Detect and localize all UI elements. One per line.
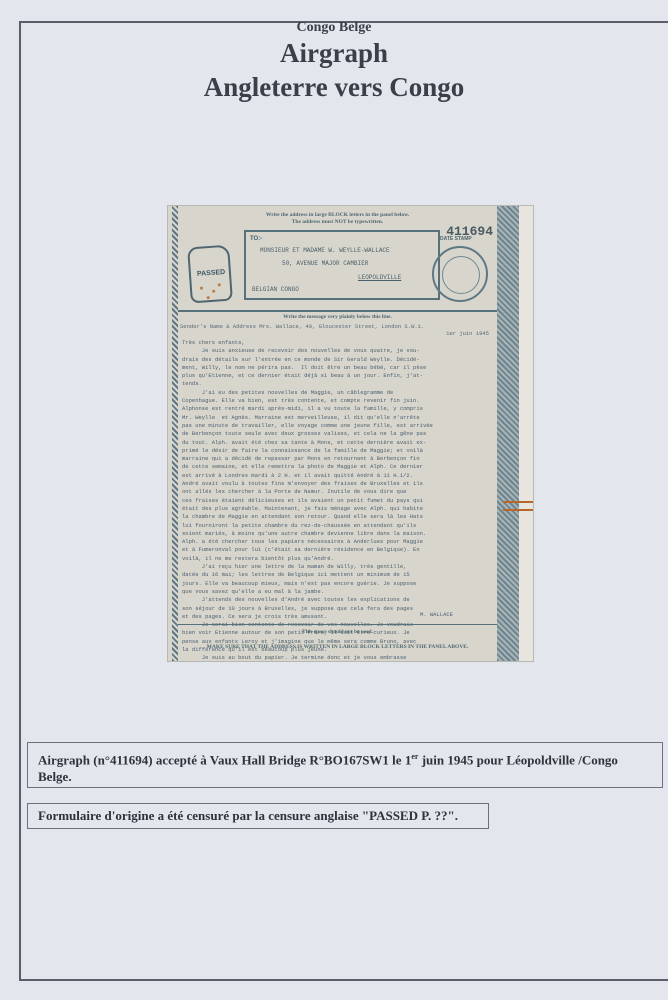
censor-stamp-icon: PASSED [187,245,233,304]
thread-mark [503,509,534,511]
instruction-bottom-2: MAKE SURE THAT THE ADDRESS IS WRITTEN IN… [178,644,497,650]
caption-censorship: Formulaire d'origine a été censuré par l… [27,803,489,829]
address-line: BELGIAN CONGO [252,286,299,293]
left-border-pattern [172,206,178,661]
caption-description: Airgraph (n°411694) accepté à Vaux Hall … [27,742,663,788]
divider [178,624,497,625]
right-paper-edge [519,206,533,661]
divider [178,310,497,312]
instruction-top-1: Write the address in large BLOCK letters… [178,212,497,218]
caption-text: Airgraph (n°411694) accepté à Vaux Hall … [38,752,411,767]
instruction-mid: Write the message very plainly below thi… [178,314,497,320]
instruction-bottom-1: This space should not be used. [178,629,497,635]
address-panel: TO:- MONSIEUR ET MADAME W. WEYLLE-WALLAC… [244,230,440,300]
thread-mark [503,501,534,503]
date-stamp-label: DATE STAMP [440,236,472,242]
page-title-route: Angleterre vers Congo [0,72,668,103]
censor-stamp-text: PASSED [197,269,226,278]
address-line: MONSIEUR ET MADAME W. WEYLLE-WALLACE [260,247,390,254]
date-stamp-icon [432,246,488,302]
address-line: LEOPOLDVILLE [358,274,401,281]
sender-line: Sender's Name & Address Mrs. Wallace, 40… [180,323,424,330]
page-subtitle: Congo Belge [0,20,668,36]
letter-date: 1er juin 1945 [446,330,489,337]
page-title: Airgraph [0,38,668,69]
address-to-label: TO:- [250,236,262,242]
address-line: 50, AVENUE MAJOR CAMBIER [282,260,368,267]
signature: M. WALLACE [420,611,453,618]
right-border-pattern [497,206,519,661]
airgraph-scan: Write the address in large BLOCK letters… [167,205,534,662]
